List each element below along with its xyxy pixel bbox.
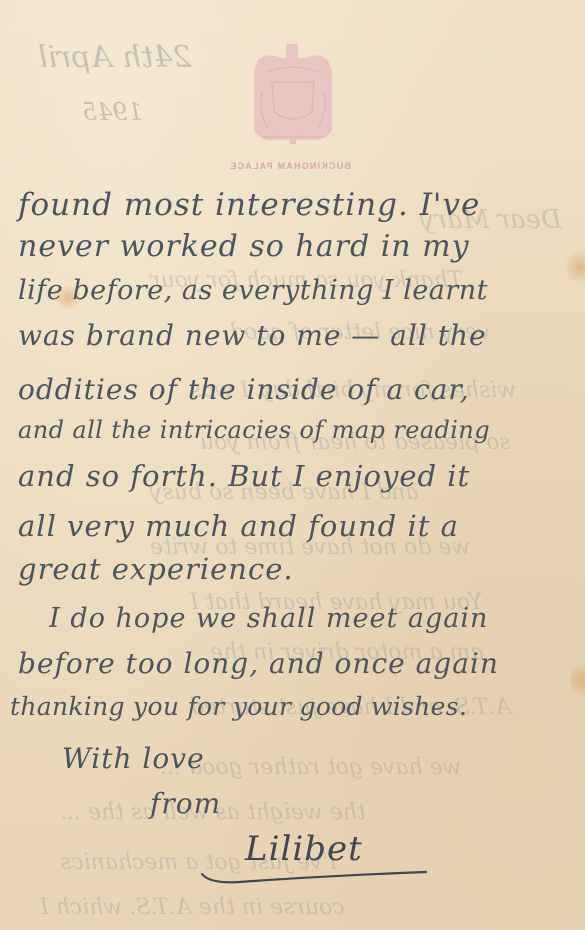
body-line-3: life before, as everything I learnt — [18, 277, 488, 304]
letterhead-text: BUCKINGHAM PALACE — [190, 161, 390, 171]
body-line-5: oddities of the inside of a car, — [18, 376, 470, 404]
body-line-6: and all the intricacies of map reading — [18, 418, 490, 442]
signature: Lilibet — [245, 832, 363, 866]
paper-stain — [565, 250, 585, 284]
bleed-date-line-1: 24th April — [38, 40, 192, 75]
royal-crest-icon — [248, 42, 338, 144]
bleed-date-line-2: 1945 — [82, 98, 143, 126]
body-line-9: great experience. — [18, 555, 294, 584]
closing-from: from — [150, 790, 221, 818]
body-line-10: I do hope we shall meet again — [30, 605, 488, 632]
body-line-4: was brand new to me — all the — [18, 322, 487, 350]
body-line-12: thanking you for your good wishes. — [10, 694, 467, 719]
body-line-2: never worked so hard in my — [18, 232, 470, 262]
body-line-1: found most interesting. I've — [18, 190, 480, 221]
body-line-7: and so forth. But I enjoyed it — [18, 462, 470, 491]
signature-underline — [200, 868, 430, 888]
body-line-8: all very much and found it a — [18, 512, 459, 541]
body-line-11: before too long, and once again — [18, 650, 499, 678]
bleed-line: course in the A.T.S. which I — [40, 895, 345, 920]
closing-with-love: With love — [62, 745, 205, 773]
bleed-line: we have got rather good ... — [160, 755, 462, 780]
paper-stain — [570, 660, 585, 700]
letter-page: 24th April 1945 Dear Mary Thank you so m… — [0, 0, 585, 930]
